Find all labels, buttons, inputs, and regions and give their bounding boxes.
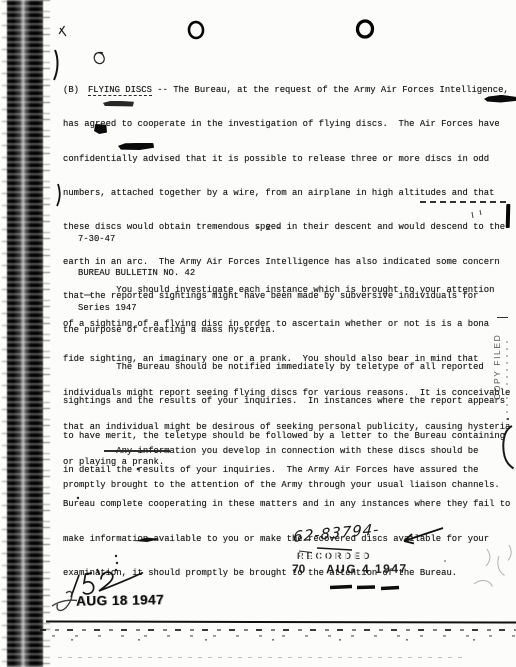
recorded-date-stamp: AUG 4 1947	[326, 562, 408, 577]
scanned-document-page: (B)FLYING DISCS -- The Bureau, at the re…	[0, 0, 516, 667]
paragraph-army: Any information you develop in connectio…	[63, 423, 500, 515]
p2-line-2: sightings and the results of your inquir…	[63, 396, 510, 407]
p3-line-2: promptly brought to the attention of the…	[63, 480, 500, 491]
intro-line-3: confidentially advised that it is possib…	[63, 154, 509, 165]
bottom-page-rule	[46, 621, 516, 624]
pen-stroke-mid-left	[57, 184, 60, 206]
hole-punch-ring-right	[357, 20, 373, 37]
bulletin-date: 7-30-47	[78, 234, 195, 245]
received-date-stamp: AUG 18 1947	[76, 592, 164, 609]
intro-line-2: has agreed to cooperate in the investiga…	[63, 119, 509, 130]
section-heading: FLYING DISCS	[88, 85, 152, 97]
edge-bar-mark	[506, 204, 510, 228]
p3-line-1: Any information you develop in connectio…	[63, 446, 500, 457]
side-dotted-mark	[506, 340, 508, 420]
bottom-edge-texture	[40, 629, 516, 642]
hole-punch-ring-left	[188, 21, 204, 38]
intro-line-4: numbers, attached together by a wire, fr…	[63, 188, 509, 199]
p2-line-6: make information available to you or mak…	[63, 534, 510, 545]
short-horizontal-rule	[104, 450, 170, 452]
p2-line-1: The Bureau should be notified immediatel…	[63, 362, 510, 373]
section-label: (B)	[63, 85, 79, 95]
recorded-stamp: RECORDED	[297, 551, 373, 561]
pen-stroke-upper-left	[54, 50, 58, 80]
intro-line-1-rest: -- The Bureau, at the request of the Arm…	[152, 85, 509, 95]
dashed-edge-line	[420, 201, 506, 203]
intro-line-1: (B)FLYING DISCS -- The Bureau, at the re…	[63, 85, 509, 96]
page-number: - 2 -	[255, 223, 282, 234]
binding-strip	[7, 0, 43, 667]
recorded-index: 70	[292, 562, 305, 576]
side-copy-filed-stamp: COPY FILED	[492, 334, 502, 400]
faint-dotted-line	[58, 657, 462, 658]
pen-x-mark	[59, 26, 66, 36]
p1-line-2: of a sighting of a flying disc in order …	[63, 319, 510, 330]
p2-line-7: examination, it should promptly be broug…	[63, 568, 510, 579]
p1-line-1: You should investigate each instance whi…	[63, 285, 510, 296]
